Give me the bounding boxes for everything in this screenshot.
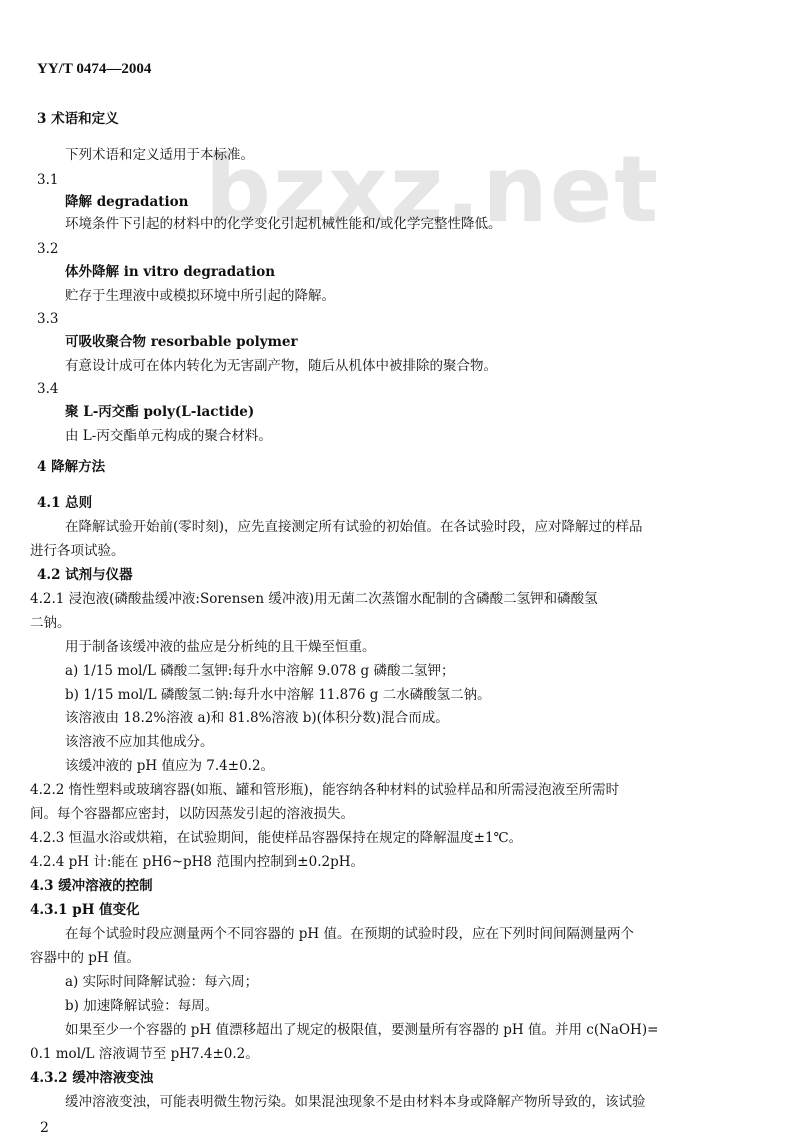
- text-line-s32: 3.2: [37, 240, 58, 258]
- text-line-s421g: 该溶液不应加其他成分。: [65, 733, 214, 751]
- text-line-s423: 4.2.3 恒温水浴或烘箱，在试验期间，能使样品容器保持在规定的降解温度±1℃。: [30, 829, 522, 847]
- text-line-s43: 4.3 缓冲溶液的控制: [30, 877, 153, 895]
- text-line-s431a: 在每个试验时段应测量两个不同容器的 pH 值。在预期的试验时段，应在下列时间间隔…: [65, 925, 634, 943]
- page-number: 2: [40, 1120, 49, 1136]
- text-line-s421e: b) 1/15 mol/L 磷酸氢二钠:每升水中溶解 11.876 g 二水磷酸…: [65, 686, 491, 704]
- text-line-s34: 3.4: [37, 380, 58, 398]
- text-line-s421a: 4.2.1 浸泡液(磷酸盐缓冲液:Sorensen 缓冲液)用无菌二次蒸馏水配制…: [30, 590, 598, 608]
- text-line-s32t: 体外降解 in vitro degradation: [65, 263, 275, 281]
- text-line-s421b: 二钠。: [30, 614, 71, 632]
- text-line-s41: 4.1 总则: [37, 494, 92, 512]
- text-line-s34t: 聚 L-丙交酯 poly(L-lactide): [65, 403, 254, 421]
- text-line-s34d: 由 L-丙交酯单元构成的聚合材料。: [65, 427, 272, 445]
- text-line-s432a: 缓冲溶液变浊，可能表明微生物污染。如果混浊现象不是由材料本身或降解产物所导致的，…: [65, 1093, 646, 1111]
- text-line-s421f: 该溶液由 18.2%溶液 a)和 81.8%溶液 b)(体积分数)混合而成。: [65, 709, 449, 727]
- text-line-s31t: 降解 degradation: [65, 193, 188, 211]
- text-line-s31: 3.1: [37, 171, 58, 189]
- text-line-s41p1: 在降解试验开始前(零时刻)，应先直接测定所有试验的初始值。在各试验时段，应对降解…: [65, 518, 643, 536]
- text-line-s42: 4.2 试剂与仪器: [37, 566, 133, 584]
- text-line-s424: 4.2.4 pH 计:能在 pH6~pH8 范围内控制到±0.2pH。: [30, 853, 364, 871]
- text-line-s431: 4.3.1 pH 值变化: [30, 901, 140, 919]
- text-line-s41p2: 进行各项试验。: [30, 542, 125, 560]
- text-line-s432: 4.3.2 缓冲溶液变浊: [30, 1069, 153, 1087]
- text-line-s422a: 4.2.2 惰性塑料或玻璃容器(如瓶、罐和管形瓶)，能容纳各种材料的试验样品和所…: [30, 781, 619, 799]
- text-line-s431d: b) 加速降解试验：每周。: [65, 997, 218, 1015]
- text-line-s431e: 如果至少一个容器的 pH 值漂移超出了规定的极限值，要测量所有容器的 pH 值。…: [65, 1021, 658, 1039]
- text-line-s421c: 用于制备该缓冲液的盐应是分析纯的且干燥至恒重。: [65, 638, 376, 656]
- text-line-s33t: 可吸收聚合物 resorbable polymer: [65, 333, 298, 351]
- text-line-s33d: 有意设计成可在体内转化为无害副产物，随后从机体中被排除的聚合物。: [65, 357, 497, 375]
- text-line-s32d: 贮存于生理液中或模拟环境中所引起的降解。: [65, 287, 335, 305]
- text-line-s431f: 0.1 mol/L 溶液调节至 pH7.4±0.2。: [30, 1045, 259, 1063]
- standard-id-header: YY/T 0474—2004: [37, 60, 151, 78]
- text-line-s31d: 环境条件下引起的材料中的化学变化引起机械性能和/或化学完整性降低。: [65, 215, 502, 233]
- text-line-s422b: 间。每个容器都应密封，以防因蒸发引起的溶液损失。: [30, 805, 354, 823]
- text-line-s431b: 容器中的 pH 值。: [30, 949, 140, 967]
- text-line-s431c: a) 实际时间降解试验：每六周；: [65, 973, 258, 991]
- text-line-s4: 4 降解方法: [37, 458, 105, 476]
- text-line-s3p: 下列术语和定义适用于本标准。: [65, 146, 254, 164]
- text-line-s33: 3.3: [37, 310, 58, 328]
- text-line-s3: 3 术语和定义: [37, 110, 119, 128]
- text-line-s421h: 该缓冲液的 pH 值应为 7.4±0.2。: [65, 757, 274, 775]
- text-line-s421d: a) 1/15 mol/L 磷酸二氢钾:每升水中溶解 9.078 g 磷酸二氢钾…: [65, 662, 454, 680]
